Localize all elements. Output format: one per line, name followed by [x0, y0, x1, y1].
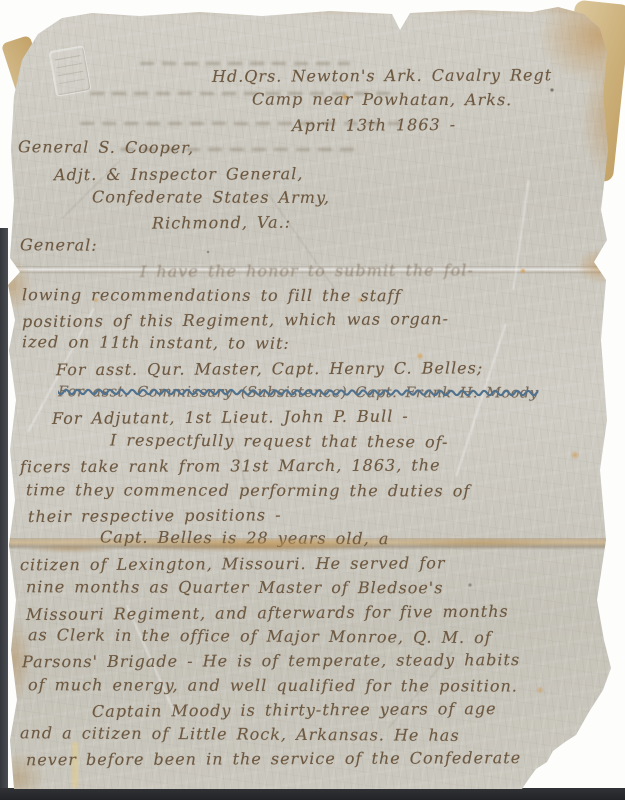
letter-line: Hd.Qrs. Newton's Ark. Cavalry Regt [212, 63, 612, 89]
letter-body: Hd.Qrs. Newton's Ark. Cavalry Regt Camp … [14, 64, 612, 771]
scanner-background-bottom [0, 788, 625, 800]
letter-line: time they commenced performing the dutie… [26, 478, 612, 504]
letter-line: Confederate States Army, [92, 185, 612, 211]
letter-line: Captain Moody is thirty-three years of a… [92, 696, 612, 724]
letter-line: For asst. Commissary (Subsistence) Capt.… [58, 380, 612, 406]
letter-line: I have the honor to submit the fol- [140, 258, 612, 284]
letter-line: Adjt. & Inspector General, [54, 160, 612, 187]
letter-line: For Adjutant, 1st Lieut. John P. Bull - [52, 404, 612, 432]
letter-line: Camp near Powhatan, Arks. [252, 88, 612, 113]
letter-line: nine months as Quarter Master of Bledsoe… [26, 575, 612, 601]
letter-line: For asst. Qur. Master, Capt. Henry C. Be… [56, 355, 612, 382]
scanner-background-left [0, 228, 8, 800]
letter-line: ized on 11th instant, to wit: [22, 330, 612, 358]
letter-line: never before been in the service of the … [26, 746, 612, 773]
letter-line: and a citizen of Little Rock, Arkansas. … [20, 721, 612, 749]
letter-line: General: [20, 233, 612, 261]
letter-line: Capt. Belles is 28 years old, a [100, 526, 612, 554]
scanned-letter-page: Hd.Qrs. Newton's Ark. Cavalry Regt Camp … [0, 0, 625, 800]
letter-line: of much energy, and well qualified for t… [28, 673, 612, 699]
letter-line: Richmond, Va.: [152, 209, 612, 237]
letter-line: Parsons' Brigade - He is of temperate, s… [22, 648, 612, 675]
letter-line: citizen of Lexington, Missouri. He serve… [20, 551, 612, 578]
letter-line: April 13th 1863 - [292, 112, 612, 139]
letter-line: ficers take rank from 31st March, 1863, … [20, 453, 612, 480]
letter-line: as Clerk in the office of Major Monroe, … [28, 623, 612, 651]
letter-paper: Hd.Qrs. Newton's Ark. Cavalry Regt Camp … [0, 0, 625, 800]
letter-line: I respectfully request that these of- [110, 428, 612, 455]
letter-line: General S. Cooper, [18, 135, 612, 163]
letter-line: lowing recommendations to fill the staff [22, 283, 612, 309]
